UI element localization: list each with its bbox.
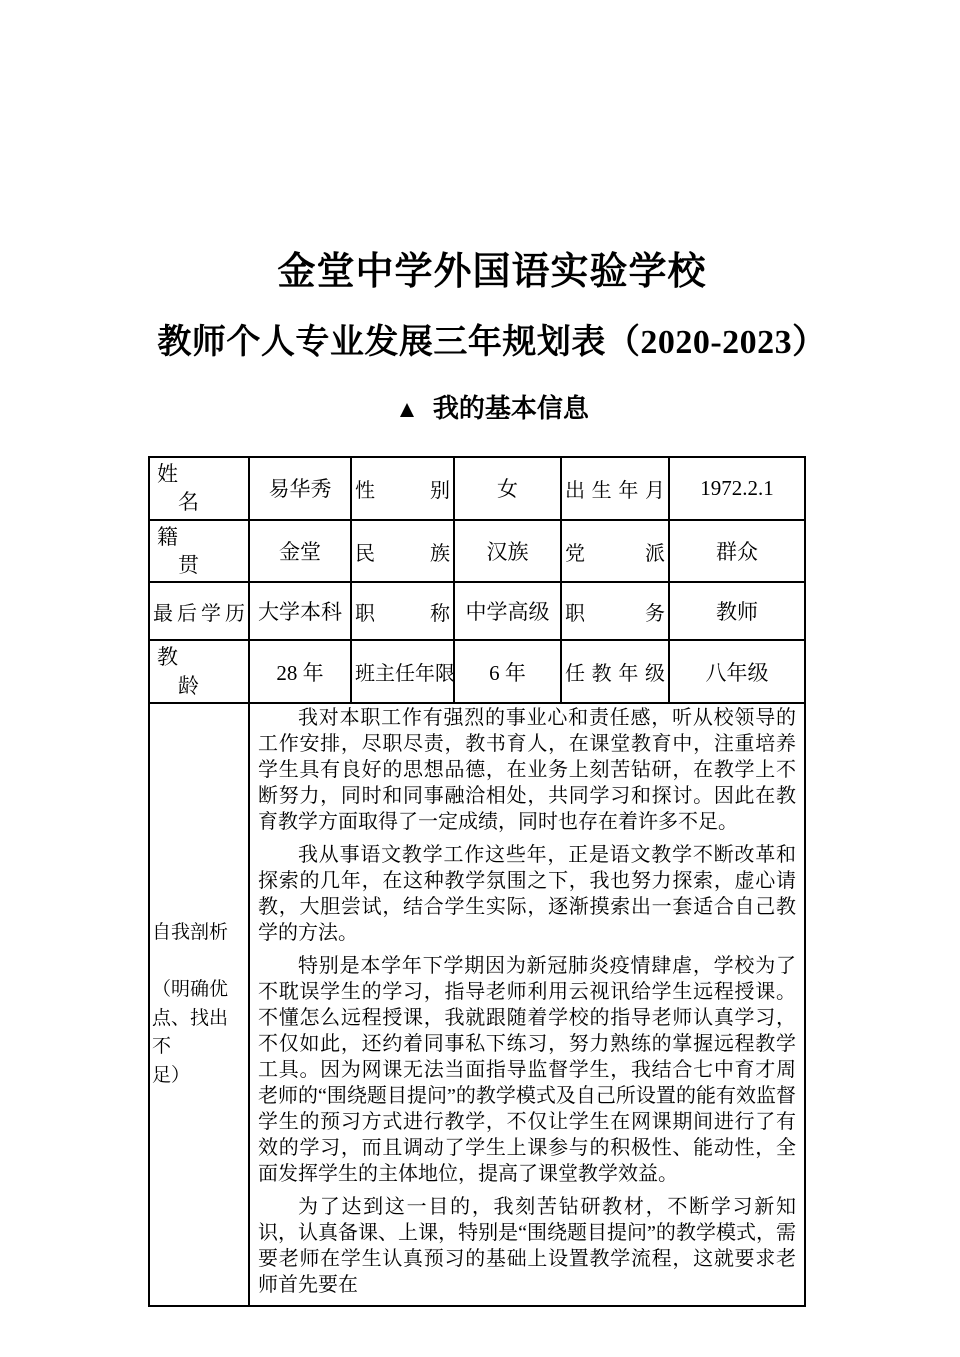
- professional-title-label: 职称: [351, 582, 454, 640]
- teaching-years-label: 教 龄: [149, 640, 249, 703]
- birthdate-label: 出生年月: [561, 457, 669, 520]
- ethnicity-label: 民族: [351, 520, 454, 583]
- form-title: 教师个人专业发展三年规划表（2020-2023）: [24, 314, 960, 363]
- native-place-label: 籍 贯: [149, 520, 249, 583]
- homeroom-years-value: 6 年: [454, 640, 561, 703]
- table-row: 教 龄 28 年 班主任年限 6 年 任教年级 八年级: [149, 640, 805, 703]
- education-value: 大学本科: [249, 582, 351, 640]
- section-title: 我的基本信息: [433, 394, 589, 423]
- self-analysis-paragraph: 为了达到这一目的，我刻苦钻研教材，不断学习新知识，认真备课、上课，特别是“围绕题…: [258, 1194, 796, 1298]
- position-value: 教师: [669, 582, 805, 640]
- teaching-grade-label: 任教年级: [561, 640, 669, 703]
- table-row: 籍 贯 金堂 民族 汉族 党派 群众: [149, 520, 805, 583]
- triangle-marker-icon: ▲: [395, 397, 419, 423]
- party-label: 党派: [561, 520, 669, 583]
- document-page: 金堂中学外国语实验学校 教师个人专业发展三年规划表（2020-2023） ▲我的…: [0, 0, 960, 1357]
- section-heading: ▲我的基本信息: [24, 388, 960, 425]
- teaching-grade-value: 八年级: [669, 640, 805, 703]
- self-analysis-content: 我对本职工作有强烈的事业心和责任感，听从校领导的工作安排，尽职尽责，教书育人，在…: [249, 703, 805, 1306]
- name-label: 姓 名: [149, 457, 249, 520]
- gender-label: 性别: [351, 457, 454, 520]
- basic-info-table: 姓 名 易华秀 性别 女 出生年月 1972.2.1 籍 贯 金堂 民族 汉族 …: [148, 456, 806, 1307]
- native-place-value: 金堂: [249, 520, 351, 583]
- ethnicity-value: 汉族: [454, 520, 561, 583]
- position-label: 职务: [561, 582, 669, 640]
- birthdate-value: 1972.2.1: [669, 457, 805, 520]
- professional-title-value: 中学高级: [454, 582, 561, 640]
- gender-value: 女: [454, 457, 561, 520]
- teaching-years-value: 28 年: [249, 640, 351, 703]
- table-row: 姓 名 易华秀 性别 女 出生年月 1972.2.1: [149, 457, 805, 520]
- name-value: 易华秀: [249, 457, 351, 520]
- table-row: 最后学历 大学本科 职称 中学高级 职务 教师: [149, 582, 805, 640]
- homeroom-years-label: 班主任年限: [351, 640, 454, 703]
- education-label: 最后学历: [149, 582, 249, 640]
- school-name-title: 金堂中学外国语实验学校: [24, 240, 960, 295]
- self-analysis-paragraph: 特别是本学年下学期因为新冠肺炎疫情肆虐，学校为了不耽误学生的学习，指导老师利用云…: [258, 953, 796, 1187]
- self-analysis-paragraph: 我从事语文教学工作这些年，正是语文教学不断改革和探索的几年，在这种教学氛围之下，…: [258, 842, 796, 946]
- self-analysis-paragraph: 我对本职工作有强烈的事业心和责任感，听从校领导的工作安排，尽职尽责，教书育人，在…: [258, 705, 796, 835]
- self-analysis-label: 自我剖析 （明确优 点、找出不 足）: [149, 703, 249, 1306]
- party-value: 群众: [669, 520, 805, 583]
- table-row: 自我剖析 （明确优 点、找出不 足） 我对本职工作有强烈的事业心和责任感，听从校…: [149, 703, 805, 1306]
